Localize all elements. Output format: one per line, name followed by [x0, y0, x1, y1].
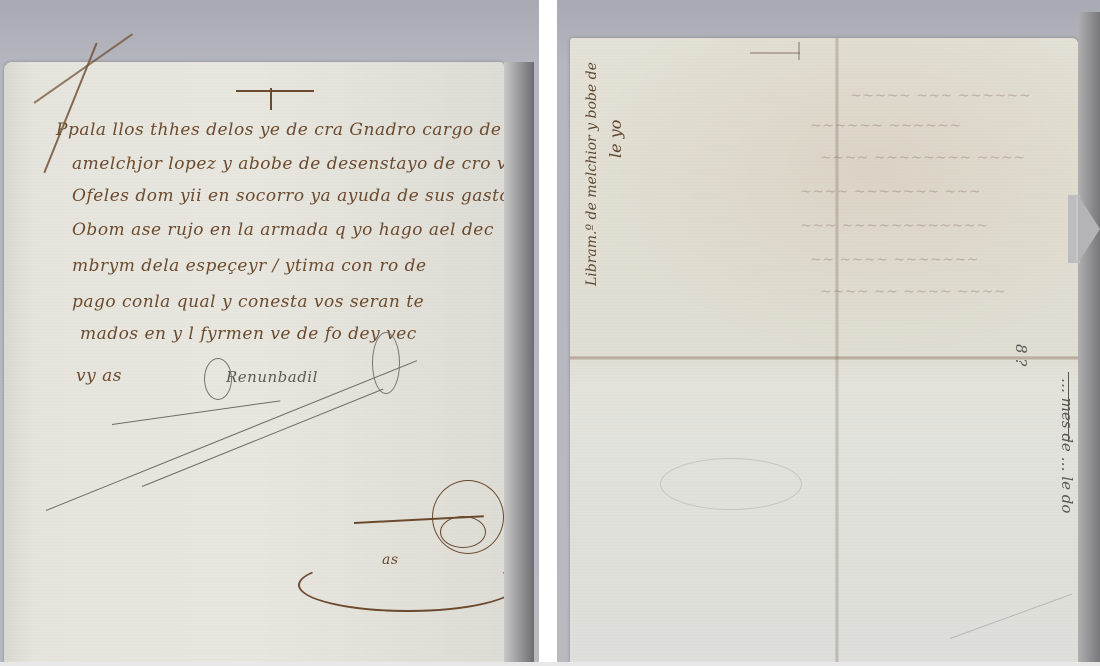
faint-cross-bar: [750, 52, 800, 54]
bleed-through-line-3: ~~~~ ~~~~~~~~ ~~~~: [820, 150, 1026, 166]
manuscript-line-6: pago conla qual y conesta vos seran te: [72, 292, 424, 312]
cross-mark-bar: [236, 90, 314, 92]
endorsement-suffix: le yo: [606, 120, 625, 158]
bleed-through-line-1: ~~~~~ ~~~ ~~~~~~: [850, 88, 1031, 104]
manuscript-line-2: amelchjor lopez y abobe de desenstayo de…: [72, 154, 530, 174]
manuscript-line-1: Ppala llos thhes delos ye de cra Gnadro …: [56, 120, 502, 140]
margin-note-top: 8 ?: [1012, 344, 1030, 366]
faint-loop: [660, 458, 802, 510]
margin-rule: [1068, 372, 1069, 442]
bleed-through-line-2: ~~~~~~ ~~~~~~: [810, 118, 962, 134]
manuscript-line-8: vy as: [76, 366, 122, 386]
margin-note-bottom: … mes de … le do: [1058, 378, 1076, 513]
bleed-through-line-6: ~~ ~~~~ ~~~~~~~: [810, 252, 979, 268]
signature-stroke-short: [112, 400, 280, 425]
faint-cross-mark: [798, 42, 800, 60]
recto-photo: Ppala llos thhes delos ye de cra Gnadro …: [0, 0, 539, 666]
bottom-edge: [0, 662, 1100, 666]
faint-stroke: [950, 594, 1073, 639]
rubric-oval: [298, 558, 518, 612]
rubric-mark: as: [382, 552, 399, 568]
manuscript-line-5: mbrym dela espeçeyr / ytima con ro de: [72, 256, 427, 276]
rubric-loop-inner: [440, 516, 486, 548]
initial-flourish: [34, 33, 133, 103]
verso-paper: ~~~~~ ~~~ ~~~~~~ ~~~~~~ ~~~~~~ ~~~~ ~~~~…: [570, 38, 1078, 666]
verso-photo: ~~~~~ ~~~ ~~~~~~ ~~~~~~ ~~~~~~ ~~~~ ~~~~…: [557, 0, 1100, 666]
manuscript-line-4: Obom ase rujo en la armada q yo hago ael…: [72, 220, 494, 240]
signature-rubric-loop: [372, 332, 400, 394]
bleed-through-line-7: ~~~~ ~~ ~~~~ ~~~~: [820, 284, 1006, 300]
horizontal-fold: [570, 356, 1078, 360]
endorsement-text: Libram.º de melchior y bobe de: [584, 62, 600, 286]
verso-page-edge: [1078, 12, 1100, 666]
recto-page-edge: [504, 62, 534, 666]
bleed-through-line-5: ~~~ ~~~~~~~~~~~~: [800, 218, 988, 234]
signature: Renunbadil: [226, 368, 318, 386]
manuscript-line-3: Ofeles dom yii en socorro ya ayuda de su…: [72, 186, 519, 206]
panel-divider: [539, 0, 557, 666]
chevron-right-icon[interactable]: [1078, 195, 1100, 263]
signature-loop: [204, 358, 232, 400]
recto-paper: Ppala llos thhes delos ye de cra Gnadro …: [4, 62, 504, 666]
bleed-through-line-4: ~~~~ ~~~~~~~ ~~~: [800, 184, 981, 200]
manuscript-line-7: mados en y l fyrmen ve de fo dey vec: [80, 324, 417, 344]
